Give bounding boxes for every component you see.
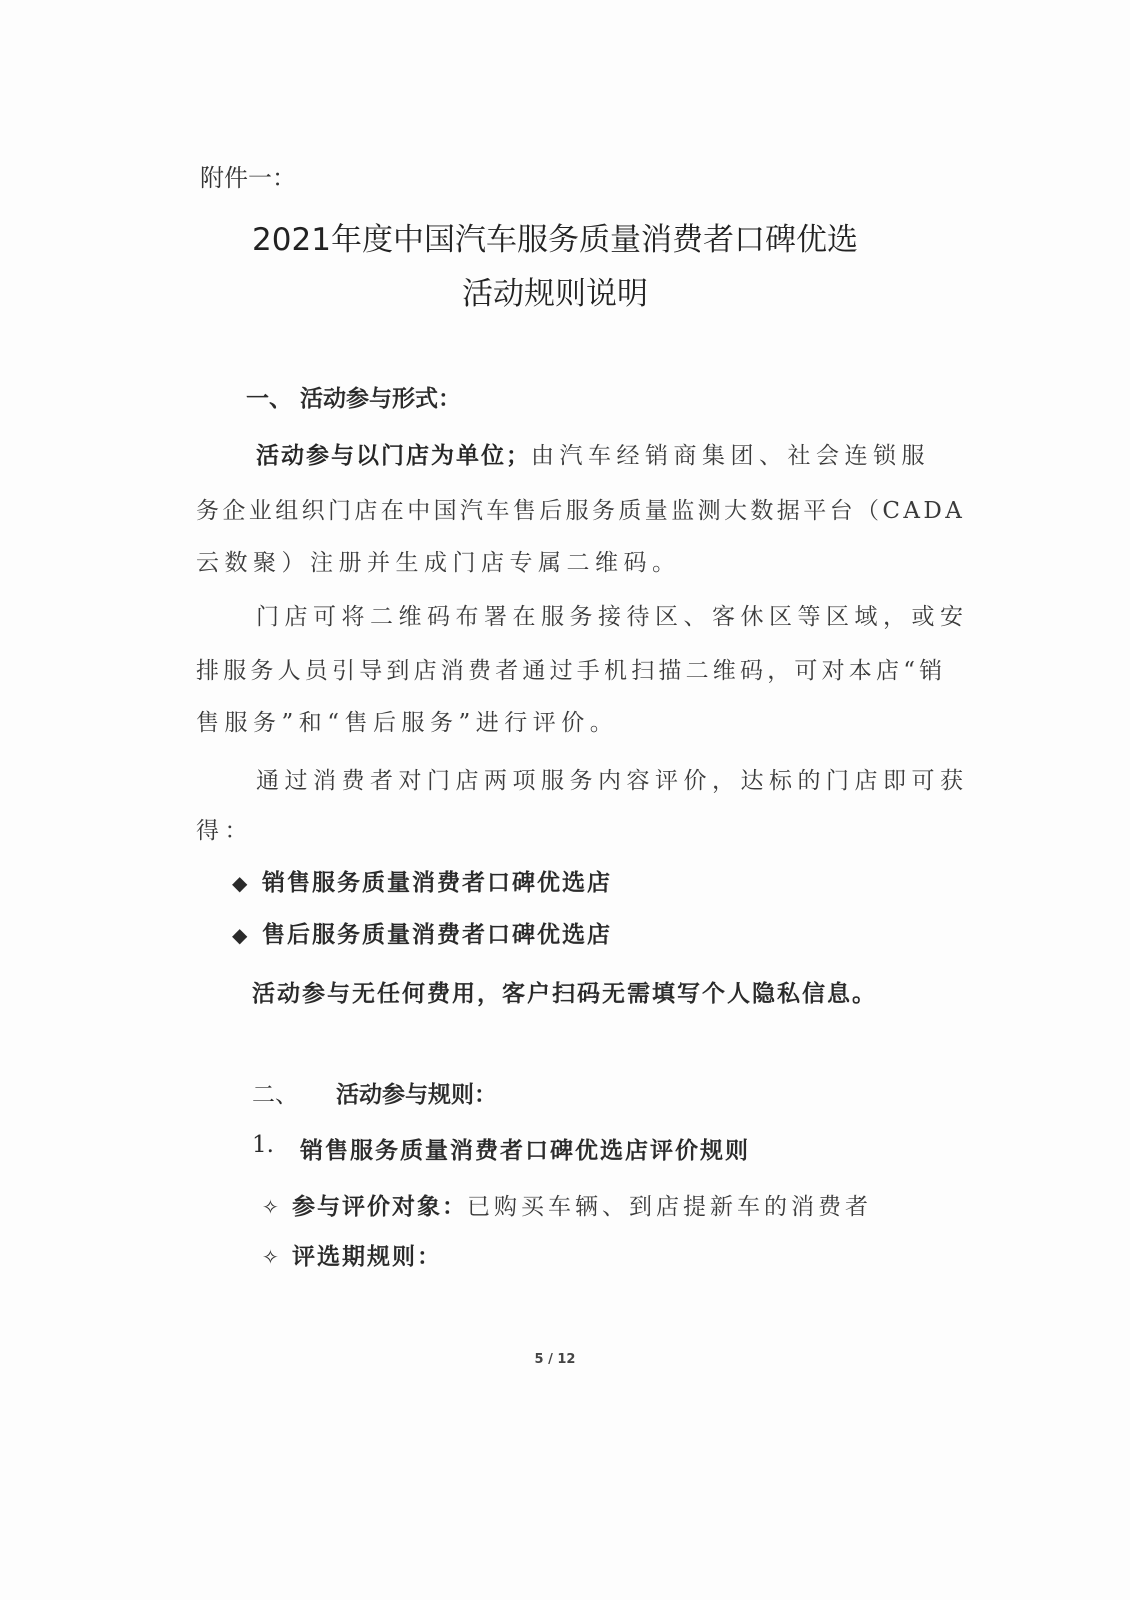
diamond-bullet-icon: ◆	[232, 871, 262, 895]
sub-item-label: 评选期规则：	[292, 1244, 442, 1270]
item1-number: 1.	[252, 1132, 274, 1158]
section1-p3-line1: 通过消费者对门店两项服务内容评价，达标的门店即可获	[256, 762, 969, 795]
award-item: ◆销售服务质量消费者口碑优选店	[232, 864, 612, 897]
sub-item: ✧参与评价对象：已购买车辆、到店提新车的消费者	[262, 1188, 872, 1221]
section1-p2-line3: 售服务”和“售后服务”进行评价。	[196, 704, 618, 737]
section2-heading: 活动参与规则：	[336, 1076, 497, 1109]
section1-p1-line2: 务企业组织门店在中国汽车售后服务质量监测大数据平台（CADA	[196, 492, 965, 525]
item1-title: 销售服务质量消费者口碑优选店评价规则	[300, 1132, 750, 1165]
section2-heading-num: 二、	[252, 1076, 298, 1109]
award-label: 销售服务质量消费者口碑优选店	[262, 870, 612, 896]
section1-p2-line2: 排服务人员引导到店消费者通过手机扫描二维码，可对本店“销	[196, 652, 946, 685]
section1-p2-line1: 门店可将二维码布署在服务接待区、客休区等区域，或安	[256, 598, 969, 631]
open-diamond-bullet-icon: ✧	[262, 1245, 292, 1269]
section1-p1-bold: 活动参与以门店为单位；	[256, 443, 531, 469]
section1-p1-line1: 活动参与以门店为单位；由汽车经销商集团、社会连锁服	[256, 437, 930, 470]
document-title-line1: 2021年度中国汽车服务质量消费者口碑优选	[0, 214, 1110, 259]
document-title-line2: 活动规则说明	[0, 268, 1110, 313]
section1-p3-line2: 得：	[196, 812, 253, 845]
sub-item-label: 参与评价对象：	[292, 1194, 467, 1220]
open-diamond-bullet-icon: ✧	[262, 1195, 292, 1219]
section1-p1-line3: 云数聚）注册并生成门店专属二维码。	[196, 544, 681, 577]
sub-item-value: 已购买车辆、到店提新车的消费者	[467, 1194, 872, 1220]
section1-heading: 一、 活动参与形式：	[246, 380, 461, 413]
section1-note: 活动参与无任何费用，客户扫码无需填写个人隐私信息。	[252, 975, 877, 1008]
award-label: 售后服务质量消费者口碑优选店	[262, 922, 612, 948]
attachment-label: 附件一：	[200, 158, 296, 193]
award-item: ◆售后服务质量消费者口碑优选店	[232, 916, 612, 949]
page-number: 5 / 12	[0, 1352, 1110, 1367]
sub-item: ✧评选期规则：	[262, 1238, 442, 1271]
diamond-bullet-icon: ◆	[232, 923, 262, 947]
document-page: 附件一： 2021年度中国汽车服务质量消费者口碑优选 活动规则说明 一、 活动参…	[0, 0, 1130, 1600]
section1-p1-rest: 由汽车经销商集团、社会连锁服	[531, 443, 930, 469]
